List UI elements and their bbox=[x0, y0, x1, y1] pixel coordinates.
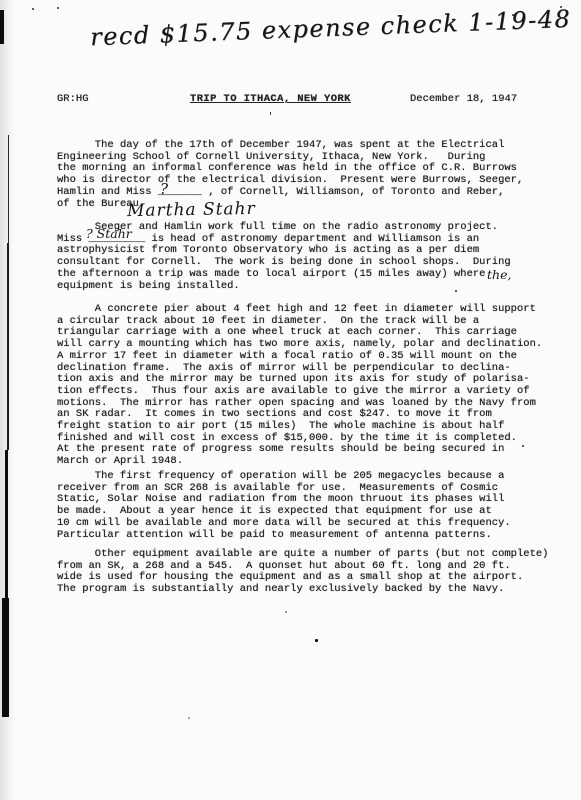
scan-speck bbox=[522, 445, 524, 447]
scan-speck bbox=[32, 8, 34, 10]
handwritten-name-on-blank: ? Stahr bbox=[86, 226, 132, 241]
paragraph-conference: The day of the 17th of December 1947, wa… bbox=[57, 140, 523, 210]
scan-speck bbox=[315, 639, 318, 642]
paragraph-other-equipment: Other equipment available are quite a nu… bbox=[57, 549, 548, 596]
paragraph-frequency-plans: The first frequency of operation will be… bbox=[57, 471, 511, 541]
scan-edge-artifact bbox=[8, 135, 9, 243]
scan-speck bbox=[285, 611, 287, 613]
scanned-memo-page: recd $15.75 expense check 1-19-48 GR:HG … bbox=[0, 0, 581, 800]
reference-initials: GR:HG bbox=[57, 93, 89, 105]
scan-speck bbox=[560, 6, 562, 8]
memo-title: TRIP TO ITHACA, NEW YORK bbox=[190, 93, 351, 105]
scan-speck bbox=[57, 7, 59, 9]
handwritten-question-mark: ? bbox=[160, 180, 168, 198]
memo-date: December 18, 1947 bbox=[410, 93, 517, 105]
handwritten-name-martha-stahr: Martha Stahr bbox=[127, 199, 256, 221]
scan-edge-artifact bbox=[5, 450, 8, 600]
handwritten-word-insert: the, bbox=[487, 267, 511, 282]
scan-edge-artifact bbox=[2, 598, 9, 717]
scan-edge-artifact bbox=[7, 243, 9, 450]
scan-speck bbox=[455, 290, 457, 292]
scan-speck bbox=[512, 14, 514, 16]
scan-speck bbox=[270, 112, 271, 115]
scan-edge-artifact bbox=[0, 10, 4, 44]
memo-header: GR:HG TRIP TO ITHACA, NEW YORK December … bbox=[0, 93, 581, 107]
paragraph-telescope-construction: A concrete pier about 4 feet high and 12… bbox=[57, 304, 542, 468]
handwritten-receipt-note: recd $15.75 expense check 1-19-48 bbox=[90, 5, 572, 51]
scan-speck bbox=[188, 717, 190, 719]
